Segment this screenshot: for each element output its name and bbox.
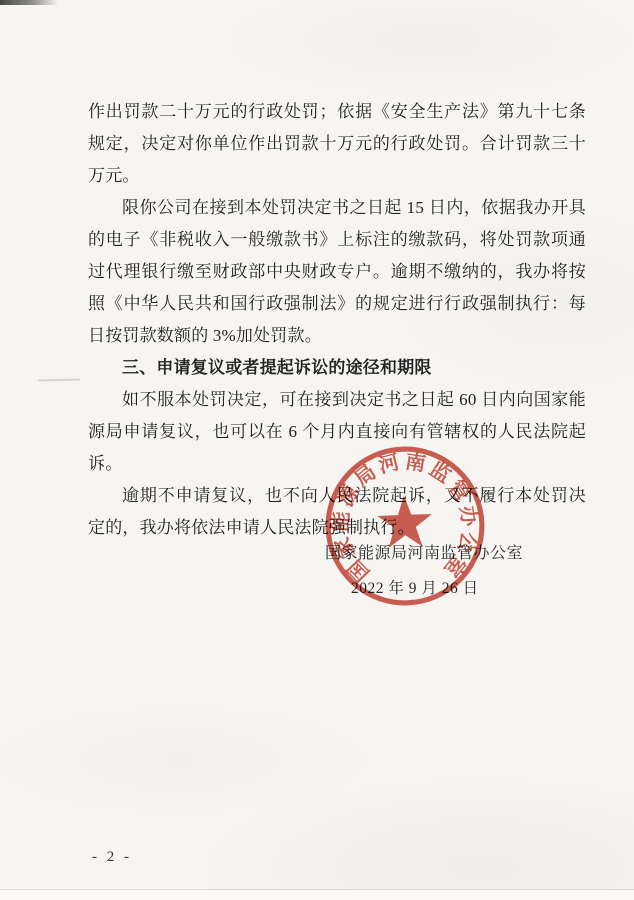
scanned-document-page: 作出罚款二十万元的行政处罚；依据《安全生产法》第九十七条规定，决定对你单位作出罚…: [0, 0, 634, 900]
scan-artifact-line: [38, 379, 80, 382]
seal-star-icon: [377, 494, 433, 548]
official-red-seal: 国家能源局河南监管办公室: [320, 441, 490, 611]
section-heading-appeal: 三、申请复议或者提起诉讼的途径和期限: [88, 352, 586, 384]
page-number: - 2 -: [92, 849, 132, 866]
paragraph-payment-instructions: 限你公司在接到本处罚决定书之日起 15 日内，依据我办开具的电子《非税收入一般缴…: [88, 192, 586, 352]
scan-artifact-bottom-strip: [0, 889, 634, 900]
scan-artifact-top-left: [0, 0, 58, 5]
paragraph-penalty-continuation: 作出罚款二十万元的行政处罚；依据《安全生产法》第九十七条规定，决定对你单位作出罚…: [88, 96, 586, 192]
